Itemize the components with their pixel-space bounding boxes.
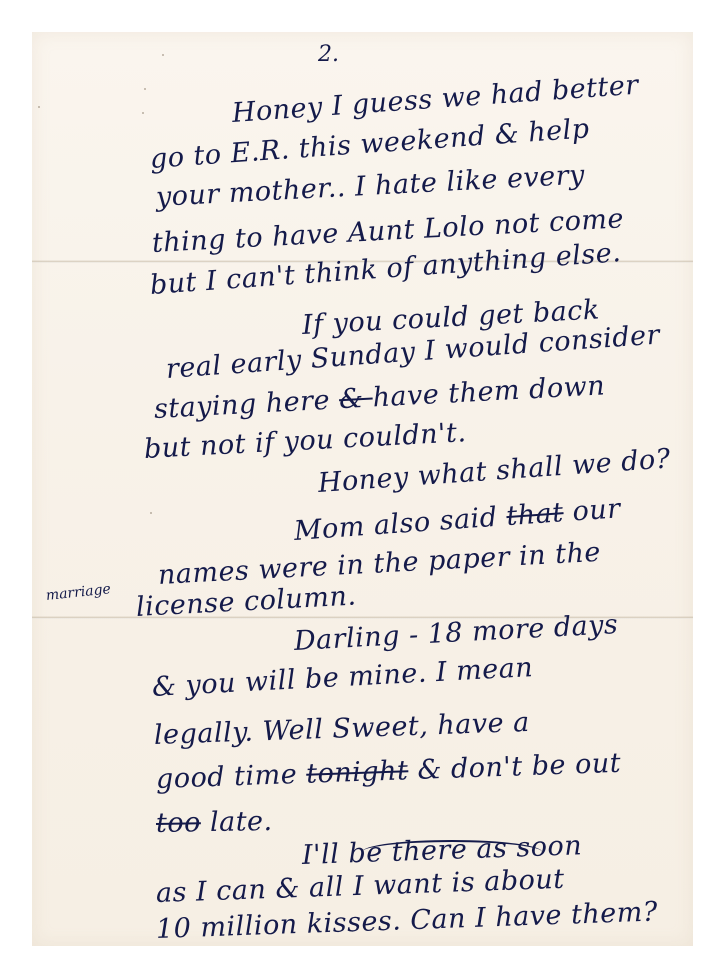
- struck-word: &: [338, 383, 373, 416]
- paper-speck: [150, 512, 152, 514]
- struck-word: that: [505, 497, 564, 532]
- struck-word: tonight: [306, 755, 409, 790]
- paper-speck: [162, 54, 164, 56]
- letter-line-16: legally. Well Sweet, have a: [153, 707, 530, 751]
- letter-line-15: & you will be mine. I mean: [151, 652, 534, 703]
- struck-word: too: [156, 807, 201, 839]
- paper-speck: [142, 112, 144, 114]
- letter-line-12: names were in the paper in the: [157, 537, 601, 591]
- letter-line-9: but not if you couldn't.: [143, 417, 467, 465]
- letter-line-18: too late.: [156, 806, 273, 839]
- letter-line-17: good time tonight & don't be out: [155, 748, 621, 795]
- margin-note: marriage: [45, 581, 111, 604]
- page-number: 2.: [318, 42, 339, 67]
- letter-page: 2. Honey I guess we had better go to E.R…: [32, 32, 693, 946]
- paper-speck: [38, 106, 40, 108]
- paper-speck: [144, 88, 146, 90]
